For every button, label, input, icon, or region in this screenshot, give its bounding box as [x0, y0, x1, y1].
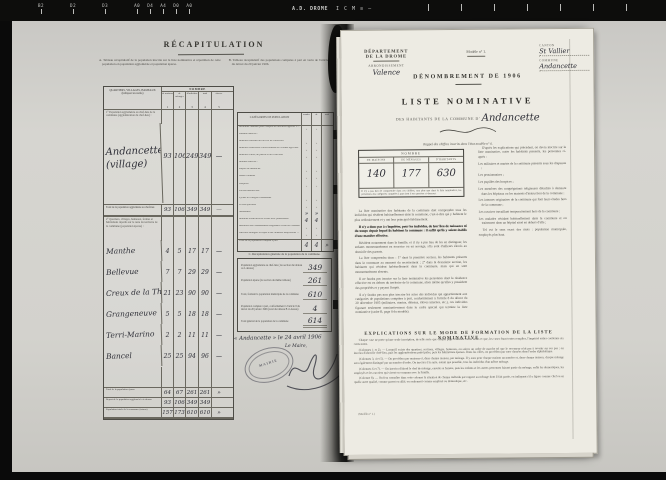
hamlet-row: Bellevue 7 7 29 29 —: [104, 262, 233, 283]
scale-label: I C M ≡ —: [336, 6, 372, 12]
title-flourish: [438, 126, 498, 137]
houses-count: 140: [359, 164, 394, 188]
table-b-row: Détenus dans les :: [238, 133, 333, 140]
hamlet-value: 21: [162, 283, 174, 304]
instruction-paragraph: Il ne faudra pas inscrire sur la liste n…: [355, 276, 467, 290]
hamlet-value: 94: [186, 346, 199, 367]
category-value: »: [302, 147, 312, 154]
category-value: [302, 190, 312, 197]
category-value: »: [302, 204, 312, 211]
total-scattered-value: 64: [162, 388, 174, 397]
table-b-row: Militaires casernés (non compris les off…: [238, 126, 333, 133]
hamlet-value: 2: [174, 325, 186, 346]
list-title: LISTE NOMINATIVE: [378, 95, 558, 107]
table-a-col-number: 5: [212, 104, 226, 109]
grand-total-label: Population totale de la commune (totaux): [104, 408, 162, 417]
ruler-tick-label: A4: [160, 3, 166, 14]
instruction-paragraph: Résident notamment dans la famille, et i…: [355, 240, 467, 254]
hamlet-value: 7: [174, 262, 186, 283]
hamlet-rows: Manthe 4 5 17 17 — Bellevue 7 7 29 29 —: [104, 241, 233, 367]
count-col-header: D'HABITANTS: [429, 157, 463, 162]
total-agglomerated-value: 349: [186, 205, 199, 215]
hamlet-value: 7: [162, 262, 174, 283]
section-c-row: Total général de la population de la com…: [241, 315, 328, 329]
table-a-name-header: QUARTIERS, VILLAGES, HAMEAUX (indiquer l…: [104, 87, 162, 104]
total-agglomerated-value: 349: [199, 205, 212, 215]
department-block: DÉPARTEMENT DE LA DROME ARRONDISSEMENT V…: [357, 48, 415, 77]
section-c-row: Population comptée à part, conformément …: [241, 302, 328, 316]
canton-commune-block: CANTON St Vallier COMMUNE Andancette: [539, 43, 589, 73]
hamlet-value: 29: [186, 262, 199, 283]
table-b-row: Maisons centrales de force et de correct…: [238, 140, 333, 147]
section-c-label: Total, formant la population municipale …: [241, 294, 303, 297]
category-label: Hospices: [238, 183, 302, 190]
film-bottom-edge: [0, 472, 666, 480]
explanation-paragraph: (Colonne 8). — On fera connaître dans ce…: [354, 375, 564, 385]
ruler-tick-label: D2: [70, 3, 76, 14]
section-c-heading: C. Récapitulation générale de la populat…: [237, 252, 332, 256]
table-a-col-header: total: [199, 92, 212, 104]
hamlet-name-handwritten: Bancel: [104, 345, 163, 368]
table-b-row: Maisons d'arrêt, de justice et de correc…: [238, 154, 333, 161]
table-b-row: Ouvriers étrangers occupés à des chantie…: [238, 232, 333, 239]
microfilm-scan: B2D2D3A0D4A4D0A0 A.D. DROME I C M ≡ — RÉ…: [0, 0, 666, 480]
table-b-row: Lycées et collèges communaux » »: [238, 197, 333, 204]
table-b-row: Internats d'éducation et écoles avec pen…: [238, 218, 333, 225]
total-scattered-value: 261: [186, 388, 199, 397]
category-label: Internats d'éducation et écoles avec pen…: [238, 218, 302, 225]
binding-stitch: [333, 300, 338, 309]
grand-total-value: »: [212, 408, 226, 417]
table-a-col-header: de maisons: [162, 92, 174, 104]
count-footnote: Il n'y a pas lieu de comprendre dans ces…: [359, 187, 463, 197]
right-column-intro: D'après les explications qui précèdent, …: [478, 145, 566, 159]
village-value: —: [212, 124, 226, 204]
instructions-right-column: D'après les explications qui précèdent, …: [478, 145, 567, 239]
hamlet-value: —: [212, 241, 226, 262]
model-number: Modèle n° 1.: [451, 50, 501, 59]
archive-label: A.D. DROME: [292, 6, 328, 12]
grand-total-value: 157: [162, 408, 174, 417]
category-label: Militaires casernés (non compris les off…: [238, 126, 302, 133]
hamlet-value: —: [212, 262, 226, 283]
table-b-header: CATÉGORIES DE POPULATION: [238, 113, 302, 125]
total-agglomerated-label: Total de la population agglomérée au che…: [104, 205, 162, 215]
liste-nominative-page: DÉPARTEMENT DE LA DROME ARRONDISSEMENT V…: [340, 28, 598, 456]
total-agglomerated-value: 106: [174, 205, 186, 215]
hamlet-value: 11: [199, 325, 212, 346]
report-agglomerated-value: 349: [199, 398, 212, 407]
recap-notes: A. Tableau récapitulatif de la populatio…: [99, 58, 331, 67]
category-label: Lycées et collèges communaux: [238, 197, 302, 204]
hamlet-value: 90: [199, 283, 212, 304]
inscription-rule-item: Les malades résidant habituellement dans…: [479, 216, 567, 226]
report-agglomerated-value: 106: [174, 398, 186, 407]
page-fold-line: [569, 39, 573, 439]
hamlet-value: 96: [199, 346, 212, 367]
commune-script-handwritten: Andancette: [482, 112, 540, 124]
category-value: »: [302, 211, 312, 218]
category-label: Internés dans les :: [238, 161, 302, 168]
inscription-rule-item: Les militaires et marins de la commune p…: [478, 161, 566, 171]
ruler-ticks: [428, 4, 658, 11]
table-b-row: Hospices » »: [238, 183, 333, 190]
hamlet-value: 29: [199, 262, 212, 283]
count-col-header: DE MÉNAGES: [394, 157, 429, 162]
total-scattered-label: Total de la population éparse: [104, 388, 162, 397]
instruction-paragraph: Il n'y faudra pas non plus inscrire les …: [355, 291, 467, 314]
section-c-row: Population éparse (2e section du même ta…: [241, 275, 328, 289]
category-label: Séminaires: [238, 211, 302, 218]
inscription-rule-item: Les pupilles des hospices ;: [478, 179, 566, 184]
inscription-rule-item: Les ouvriers travaillant temporairement …: [479, 209, 567, 214]
category-value: »: [302, 140, 312, 147]
inhabitants-count: 630: [429, 163, 463, 187]
hamlet-value: —: [212, 325, 226, 346]
hamlet-value: —: [212, 304, 226, 325]
hamlet-name-handwritten: Terri-Marino: [104, 324, 163, 347]
hamlet-value: 18: [199, 304, 212, 325]
hamlet-value: 5: [174, 241, 186, 262]
recap-title-underline: [178, 51, 244, 56]
ruler-tick-label: A0: [134, 3, 140, 14]
instruction-paragraph: La liste comprendra donc : 1° dans la pr…: [355, 255, 467, 274]
category-label: Asiles d'aliénés: [238, 175, 302, 182]
hamlet-value: 18: [186, 304, 199, 325]
microfilm-ruler-bar: B2D2D3A0D4A4D0A0 A.D. DROME I C M ≡ —: [0, 0, 666, 21]
section-c-label: Population éparse (2e section du même ta…: [241, 280, 303, 283]
table-b-row: Élèves internes des :: [238, 190, 333, 197]
ruler-tick-label: B2: [38, 3, 44, 14]
table-b-rows: Militaires casernés (non compris les off…: [238, 126, 333, 239]
hamlet-value: 25: [174, 346, 186, 367]
category-label: Maisons d'arrêt, de justice et de correc…: [238, 154, 302, 161]
recap-title: RÉCAPITULATION: [95, 40, 333, 49]
table-b-row: Internés dans les :: [238, 161, 333, 168]
canton-value-handwritten: St Vallier: [539, 47, 589, 56]
hamlet-value: 25: [162, 346, 174, 367]
hamlet-row: Bancel 25 25 94 96 —: [104, 346, 233, 367]
census-title: DÉNOMBREMENT DE 1906: [377, 73, 557, 81]
category-value: [302, 161, 312, 168]
film-left-edge: [0, 21, 12, 472]
category-label: Élèves internes des :: [238, 190, 302, 197]
ruler-tick-label: D0: [173, 3, 179, 14]
village-name-handwritten: Andancette (village): [103, 123, 164, 205]
households-count: 177: [394, 163, 429, 187]
table-a-col-header: d'individus: [186, 92, 199, 104]
table-b-row: Dépôts de mendicité » »: [238, 168, 333, 175]
hamlet-value: 2: [162, 325, 174, 346]
hamlet-value: —: [212, 283, 226, 304]
hamlet-name-handwritten: Manthe: [104, 240, 163, 263]
section-c-row: Total, formant la population municipale …: [241, 288, 328, 302]
section-c-row: Population agglomérée au chef-lieu (1re …: [241, 261, 328, 275]
inscription-rule-item: Les membres des congrégations religieuse…: [478, 186, 566, 196]
hamlet-value: 23: [174, 283, 186, 304]
arrondissement-label: ARRONDISSEMENT: [357, 63, 415, 68]
table-a-col-number: 2: [174, 104, 186, 109]
category-label: Ouvriers étrangers occupés à des chantie…: [238, 232, 302, 239]
table-a-section2-label: 2° Quartiers, villages, hameaux, fermes …: [104, 217, 162, 241]
category-label: Maisons d'éducation correctionnelle et c…: [238, 147, 302, 154]
section-c-label: Population agglomérée au chef-lieu (1re …: [241, 265, 303, 271]
report-agglomerated-value: [212, 398, 226, 407]
count-summary-box: NOMBRE DE MAISONS DE MÉNAGES D'HABITANTS…: [358, 149, 464, 198]
table-a-section1-label: 1° Population agglomérée au chef-lieu de…: [104, 110, 162, 124]
inscription-rule-item: Les pensionnaires ;: [478, 172, 566, 177]
hamlet-value: 17: [186, 241, 199, 262]
village-value: 106: [174, 124, 186, 204]
village-value: 349: [199, 124, 212, 204]
ruler-tick-label: D3: [102, 3, 108, 14]
village-value: 93: [162, 124, 174, 204]
grand-total-value: 173: [174, 408, 186, 417]
ruler-tick-labels: B2D2D3A0D4A4D0A0: [0, 3, 192, 14]
page-footer-model: (Modèle n° 1.): [358, 413, 374, 416]
section-c-recap: Population agglomérée au chef-lieu (1re …: [237, 258, 332, 332]
category-label: Maisons centrales de force et de correct…: [238, 140, 302, 147]
inscription-rule-item: Les internes originaires de la commune q…: [478, 197, 566, 207]
table-b-row: Écoles spéciales » »: [238, 204, 333, 211]
list-subtitle: DES HABITANTS DE LA COMMUNE D' Andancett…: [368, 111, 568, 124]
category-value: »: [302, 225, 312, 232]
hamlet-value: 5: [162, 304, 174, 325]
table-a-col-number: 3: [186, 104, 199, 109]
table-a-col-header: de ménages: [174, 92, 186, 104]
hamlet-row: Creux de la Thine 21 23 90 90 —: [104, 283, 233, 304]
recap-note-a: A. Tableau récapitulatif de la populatio…: [99, 58, 221, 67]
table-b-total-label: Total de la population comptée à part: [238, 240, 302, 251]
hamlet-row: Grangeneuve 5 5 18 18 —: [104, 304, 233, 325]
hamlet-name-handwritten: Grangeneuve: [104, 303, 163, 326]
instruction-paragraph: Il n'y a donc pas à s'inquiéter, pour le…: [355, 224, 467, 238]
table-b-row: Asiles d'aliénés » »: [238, 175, 333, 182]
category-value: »: [302, 175, 312, 182]
table-a-col-header: observ.: [212, 92, 226, 104]
hamlet-name-handwritten: Bellevue: [104, 261, 163, 284]
category-label: Dépôts de mendicité: [238, 168, 302, 175]
table-b-row: Maisons d'éducation correctionnelle et c…: [238, 147, 333, 154]
ruler-tick-label: D4: [147, 3, 153, 14]
category-value: »: [302, 168, 312, 175]
report-agglomerated-label: Report de la population agglomérée ci-de…: [104, 398, 162, 407]
grand-total-value: 610: [199, 408, 212, 417]
right-column-outro: Tel est le sens exact des mots : populat…: [479, 227, 567, 237]
category-label: Détenus dans les :: [238, 133, 302, 140]
table-b-row: Membres des communautés religieuses viva…: [238, 225, 333, 232]
table-b-col-header: nombre: [302, 113, 312, 125]
count-col-header: DE MAISONS: [359, 158, 394, 163]
divider: [467, 56, 485, 57]
instruction-paragraph: La liste nominative des habitants de la …: [355, 208, 467, 222]
report-agglomerated-value: 93: [162, 398, 174, 407]
table-a-population: QUARTIERS, VILLAGES, HAMEAUX (indiquer l…: [103, 86, 234, 420]
hamlet-value: 17: [199, 241, 212, 262]
hamlet-value: 4: [162, 241, 174, 262]
category-label: Membres des communautés religieuses viva…: [238, 225, 302, 232]
section-c-label: Total général de la population de la com…: [241, 321, 303, 324]
total-agglomerated-value: 93: [162, 205, 174, 215]
category-value: »: [302, 232, 312, 239]
recap-note-b: B. Tableau récapitulatif des populations…: [229, 58, 331, 67]
divider: [455, 84, 481, 85]
explanations-section: Chaque case ne porte qu'une seule inscri…: [354, 337, 564, 387]
hamlet-row: Manthe 4 5 17 17 —: [104, 241, 233, 262]
village-value: 249: [186, 124, 199, 204]
total-scattered-value: 67: [174, 388, 186, 397]
section-c-label: Population comptée à part, conformément …: [241, 306, 303, 312]
commune-value-handwritten: Andancette: [539, 62, 589, 71]
department-line2: DE LA DROME: [357, 53, 415, 59]
hamlet-value: —: [212, 346, 226, 367]
category-value: »: [302, 154, 312, 161]
grand-total-value: 610: [186, 408, 199, 417]
hamlet-value: 5: [174, 304, 186, 325]
table-a-col-number: 4: [199, 104, 212, 109]
category-label: Écoles spéciales: [238, 204, 302, 211]
total-scattered-value: 261: [199, 388, 212, 397]
category-value: 4: [302, 218, 312, 225]
hamlet-value: 11: [186, 325, 199, 346]
table-a-col-number: 1: [162, 104, 174, 109]
category-value: »: [302, 183, 312, 190]
category-value: »: [302, 197, 312, 204]
total-scattered-value: »: [212, 388, 226, 397]
instructions-left-column: La liste nominative des habitants de la …: [355, 208, 468, 317]
ruler-tick-label: A0: [186, 3, 192, 14]
hamlet-name-handwritten: Creux de la Thine: [104, 282, 163, 305]
total-agglomerated-value: —: [212, 205, 226, 215]
table-b-row: Séminaires » »: [238, 211, 333, 218]
divider: [373, 60, 399, 61]
category-value: [302, 133, 312, 140]
explanation-paragraph: Chaque case ne porte qu'une seule inscri…: [354, 337, 564, 347]
report-agglomerated-value: 349: [186, 398, 199, 407]
hamlet-row: Terri-Marino 2 2 11 11 —: [104, 325, 233, 346]
category-value: »: [302, 126, 312, 133]
hamlet-value: 90: [186, 283, 199, 304]
table-b-total-value: 4: [302, 240, 312, 251]
